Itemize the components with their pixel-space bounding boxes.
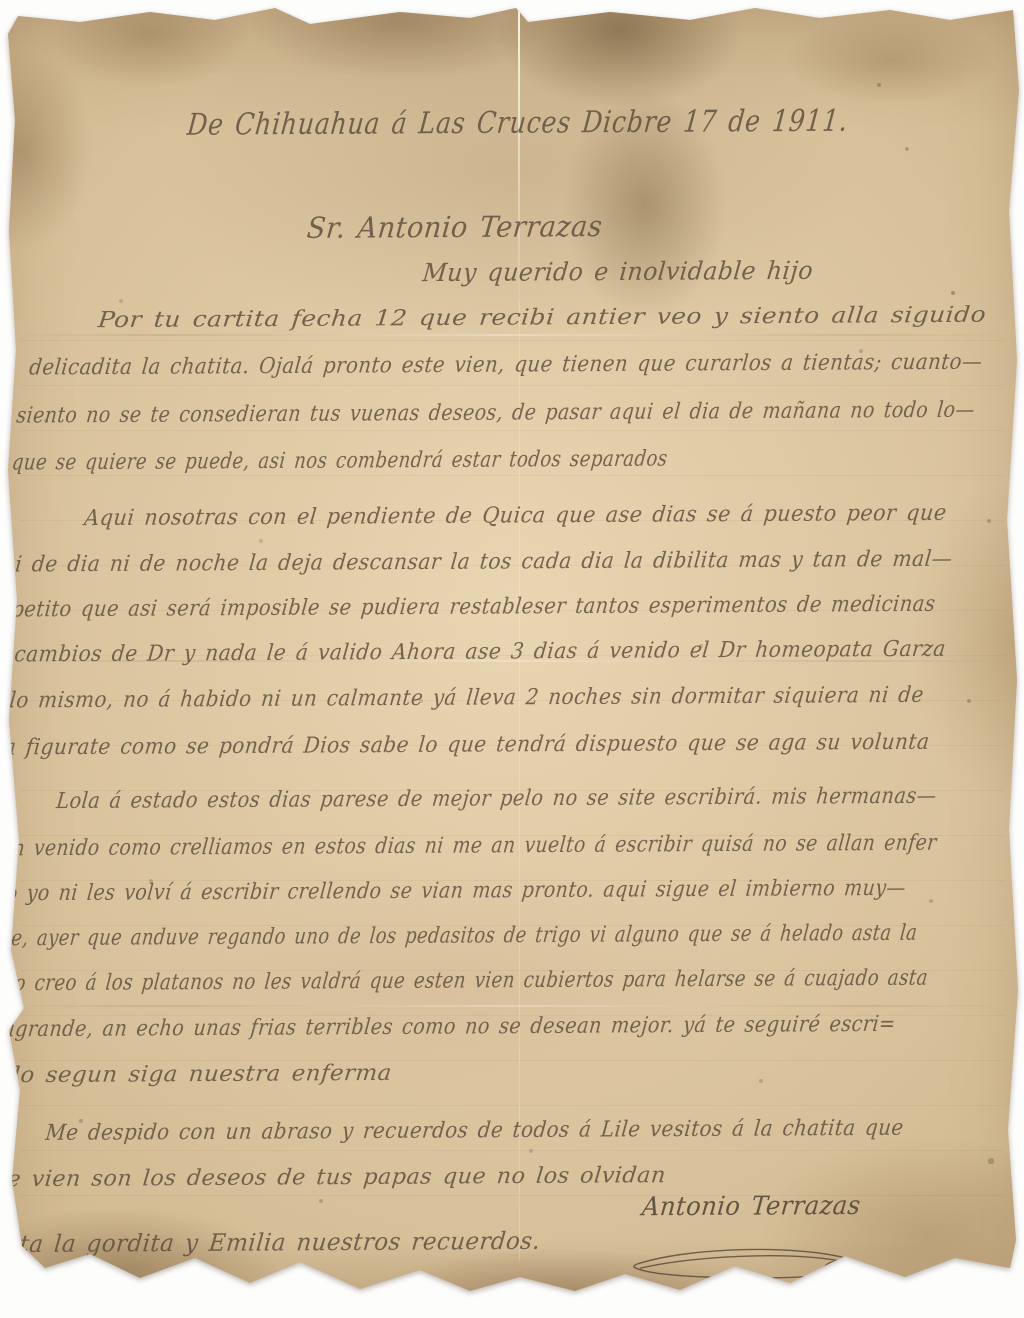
letter-line: raiz, yo creo á los platanos no les vald… <box>0 966 929 997</box>
letter-line: mado yo ni les volví á escribir crellend… <box>0 876 907 907</box>
signature-flourish-icon <box>628 1233 864 1289</box>
salutation-line: Muy querido e inolvidable hijo <box>421 256 814 287</box>
letter-line: y lo mismo, no á habido ni un calmante y… <box>0 683 925 714</box>
letter-line: Me despido con un abraso y recuerdos de … <box>44 1116 905 1146</box>
letter-paper-wrap: De Chihuahua á Las Cruces Dicbre 17 de 1… <box>0 0 1024 1318</box>
letter-line: delicadita la chatita. Ojalá pronto este… <box>28 350 983 381</box>
age-specks <box>0 0 2 2</box>
postscript-line: á Julieta la gordita y Emilia nuestros r… <box>0 1227 542 1259</box>
letter-line: la pilagrande, an echo unas frias terrib… <box>0 1012 897 1043</box>
signature: Antonio Terrazas <box>641 1191 862 1222</box>
scan-surface: De Chihuahua á Las Cruces Dicbre 17 de 1… <box>0 0 1024 1318</box>
letter-line: ni de dia ni de noche la deja descansar … <box>1 547 954 578</box>
letter-line: Aqui nosotras con el pendiente de Quica … <box>83 501 948 531</box>
recipient-line: Sr. Antonio Terrazas <box>305 209 604 245</box>
letter-line: biendo segun siga nuestra enferma <box>0 1061 393 1089</box>
letter-line: fuerte, ayer que anduve regando uno de l… <box>0 921 918 952</box>
letter-line: no an venido como crelliamos en estos di… <box>0 831 938 862</box>
letter-line: que se quiere se puede, asi nos combendr… <box>11 447 669 476</box>
letter-line: y cambios de Dr y nada le á valido Ahora… <box>0 637 947 668</box>
handwriting-layer: De Chihuahua á Las Cruces Dicbre 17 de 1… <box>0 0 1024 1318</box>
letter-line: apetito que asi será imposible se pudier… <box>0 592 937 623</box>
letter-line: dia figurate como se pondrá Dios sabe lo… <box>0 730 931 761</box>
dateline: De Chihuahua á Las Cruces Dicbre 17 de 1… <box>186 104 850 143</box>
letter-line: siento no se te consedieran tus vuenas d… <box>15 398 976 429</box>
letter-line: Por tu cartita fecha 12 que recibi antie… <box>97 303 988 333</box>
letter-line: yá este vien son los deseos de tus papas… <box>0 1163 667 1192</box>
letter-paper: De Chihuahua á Las Cruces Dicbre 17 de 1… <box>0 0 1024 1318</box>
letter-line: Lola á estado estos dias parese de mejor… <box>55 784 938 814</box>
